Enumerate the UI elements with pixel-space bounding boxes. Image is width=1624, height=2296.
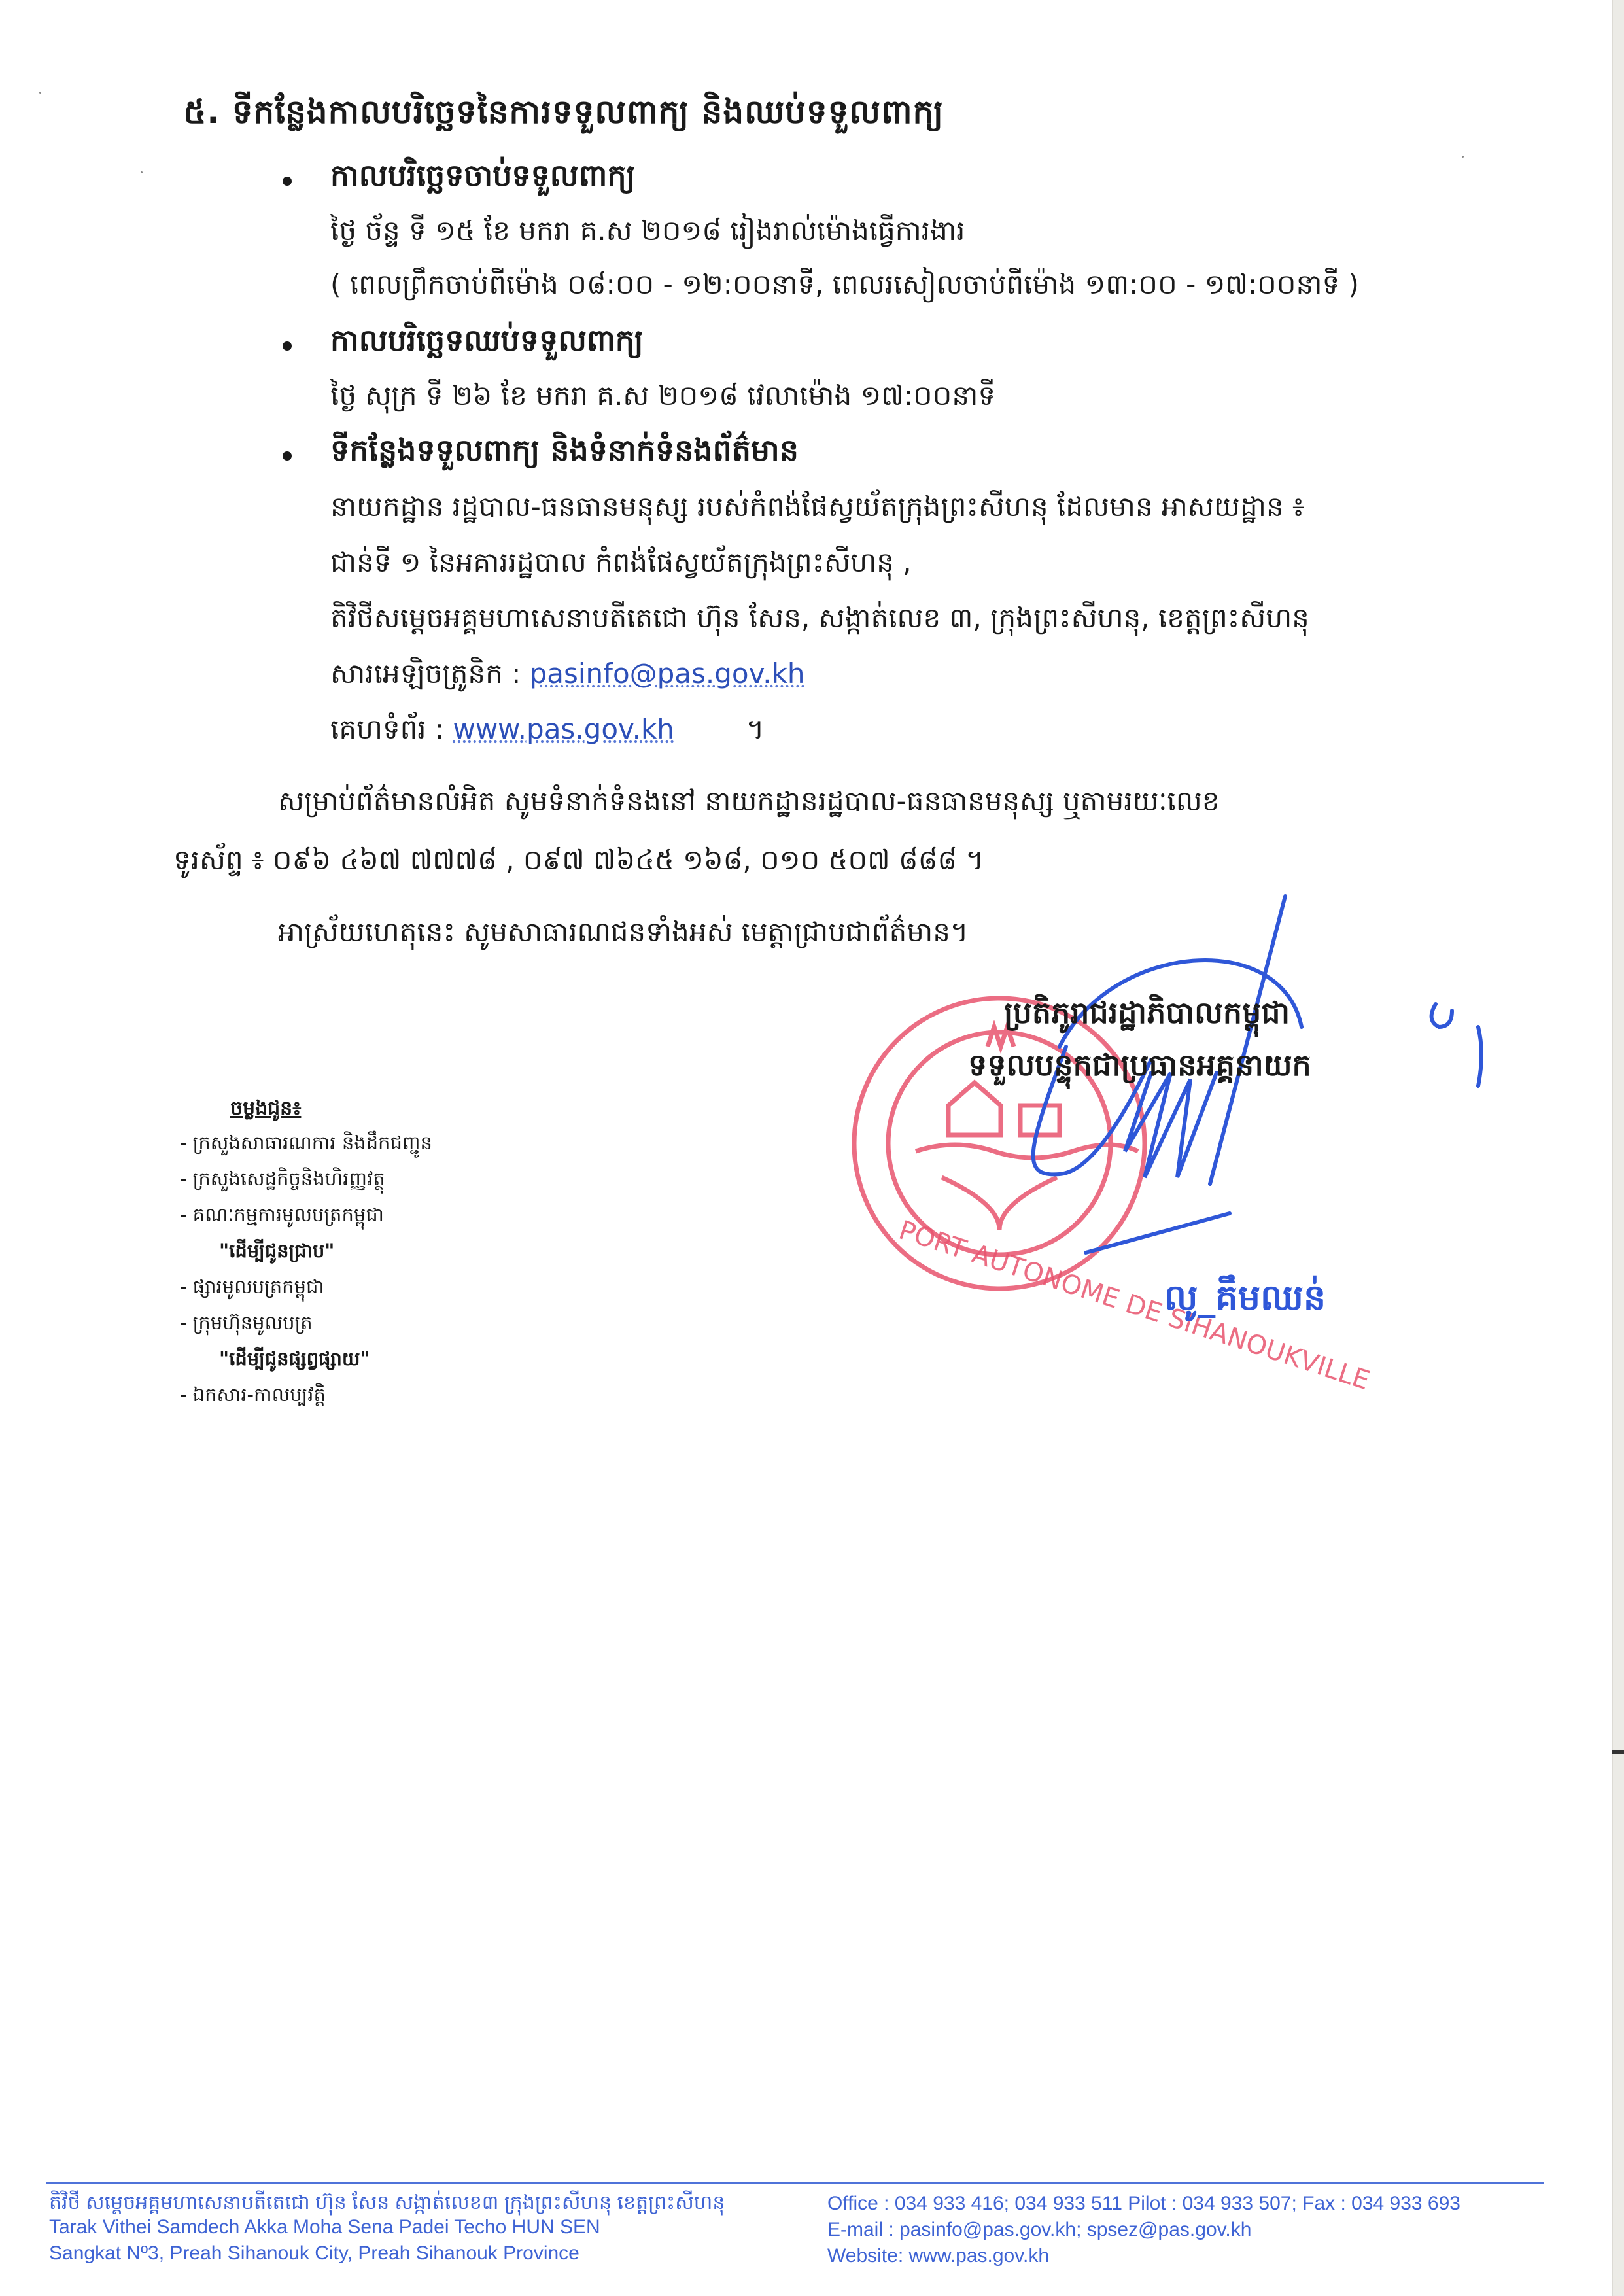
signatory-title-line-1: ប្រតិភូរាជរដ្ឋាភិបាលកម្ពុជា xyxy=(1004,994,1290,1038)
section-heading: ៥. ទីកន្លែងកាលបរិច្ឆេទនៃការទទួលពាក្យ និង… xyxy=(183,92,944,139)
bullet-icon xyxy=(283,341,292,351)
closing-statement: អាស្រ័យហេតុនេះ សូមសាធារណជនទាំងអស់ មេត្តា… xyxy=(278,916,969,948)
bullet-icon xyxy=(283,451,292,461)
cc-item: - ក្រសួងសាធារណការ និងដឹកជញ្ជូន xyxy=(180,1132,432,1159)
bullet-icon xyxy=(283,177,292,186)
cc-title: ចម្លងជូន៖ xyxy=(230,1096,301,1124)
footer-email[interactable]: E-mail : pasinfo@pas.gov.kh; spsez@pas.g… xyxy=(827,2219,1251,2241)
contact-paragraph-line-2: ទូរស័ព្ទ ៖ ០៩៦ ៤៦៧ ៧៧៧៨ , ០៩៧ ៧៦៤៥ ១៦៨, … xyxy=(173,844,984,877)
contact-paragraph-line-1: សម្រាប់ព័ត៌មានលំអិត សូមទំនាក់ទំនងនៅ នាយក… xyxy=(278,785,1219,818)
cc-item: - ឯកសារ-កាលប្បវត្តិ xyxy=(180,1383,326,1411)
email-label: សារអេឡិចត្រូនិក : xyxy=(330,657,530,689)
cc-item: - ក្រសួងសេដ្ឋកិច្ចនិងហិរញ្ញវត្ថុ xyxy=(180,1168,385,1195)
end-date-line: ថ្ងៃ សុក្រ ទី ២៦ ខែ មករា គ.ស ២០១៨ វេលាម៉… xyxy=(330,379,995,412)
footer-rule xyxy=(46,2182,1544,2184)
cc-item: - គណៈកម្មការមូលបត្រកម្ពុជា xyxy=(180,1204,384,1231)
end-mark: ។ xyxy=(746,713,765,745)
location-title: ទីកន្លែងទទួលពាក្យ និងទំនាក់ទំនងព័ត៌មាន xyxy=(330,432,799,476)
signatory-name: លូ_គឹមឈន់ xyxy=(1164,1276,1326,1327)
scan-speck xyxy=(141,171,143,173)
footer-website[interactable]: Website: www.pas.gov.kh xyxy=(827,2245,1049,2267)
footer-address-khmer: តិវិថី សម្ដេចអគ្គមហាសេនាបតីតេជោ ហ៊ុន សែន… xyxy=(49,2190,725,2219)
location-line-2: ជាន់ទី ១ នៃអគាររដ្ឋបាល កំពង់ផែស្វយ័តក្រុ… xyxy=(330,546,912,579)
scan-edge xyxy=(1612,0,1624,2296)
email-row: សារអេឡិចត្រូនិក : pasinfo@pas.gov.kh xyxy=(330,657,805,690)
scan-speck xyxy=(1462,156,1464,158)
working-hours-line: ( ពេលព្រឹកចាប់ពីម៉ោង ០៨:០០ - ១២:០០នាទី, … xyxy=(330,268,1359,301)
email-link[interactable]: pasinfo@pas.gov.kh xyxy=(530,657,805,689)
footer-address-line-2: Sangkat Nº3, Preah Sihanouk City, Preah … xyxy=(49,2242,579,2265)
cc-purpose: "ដើម្បីជូនផ្សព្វផ្សាយ" xyxy=(219,1348,370,1375)
footer-address-line-1: Tarak Vithei Samdech Akka Moha Sena Pade… xyxy=(49,2216,600,2238)
start-date-line: ថ្ងៃ ច័ន្ទ ទី ១៥ ខែ មករា គ.ស ២០១៨ រៀងរាល… xyxy=(330,215,965,247)
cc-item: - ក្រុមហ៊ុនមូលបត្រ xyxy=(180,1312,313,1339)
website-link[interactable]: www.pas.gov.kh xyxy=(453,713,674,745)
website-label: គេហទំព័រ : xyxy=(330,713,453,745)
signatory-title-line-2: ទទួលបន្ទុកជាប្រធានអគ្គនាយក xyxy=(968,1047,1311,1090)
cc-item: - ផ្សារមូលបត្រកម្ពុជា xyxy=(180,1276,324,1303)
scan-speck xyxy=(39,92,41,94)
website-row: គេហទំព័រ : www.pas.gov.kh។ xyxy=(330,713,765,746)
location-line-3: តិវិថីសម្ដេចអគ្គមហាសេនាបតីតេជោ ហ៊ុន សែន,… xyxy=(330,602,1309,635)
scan-mark xyxy=(1612,1750,1624,1754)
end-date-title: កាលបរិច្ឆេទឈប់ទទួលពាក្យ xyxy=(330,322,644,366)
footer-phones: Office : 034 933 416; 034 933 511 Pilot … xyxy=(827,2193,1460,2215)
location-line-1: នាយកដ្ឋាន រដ្ឋបាល-ធនធានមនុស្ស របស់កំពង់ផ… xyxy=(330,491,1304,523)
start-date-title: កាលបរិច្ឆេទចាប់ទទួលពាក្យ xyxy=(330,157,635,201)
cc-purpose: "ដើម្បីជូនជ្រាប" xyxy=(219,1240,334,1267)
official-stamp xyxy=(854,998,1145,1289)
